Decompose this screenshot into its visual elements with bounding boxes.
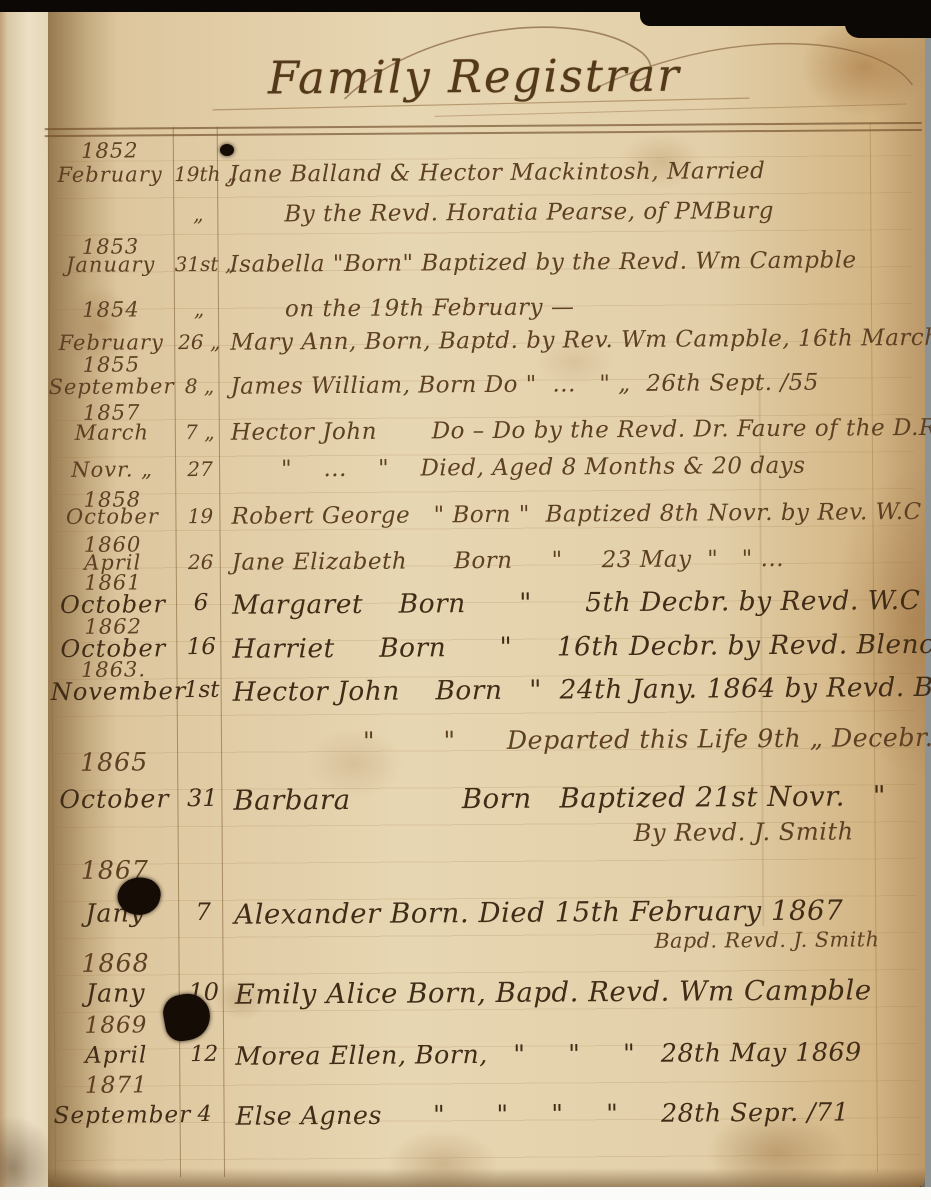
entry-month: Novr. „ bbox=[49, 457, 175, 482]
entry-month: Jany bbox=[52, 898, 178, 928]
entry-text: on the 19th February — bbox=[285, 294, 575, 322]
entry-text: Else Agnes " " " " 28th Sepr. /71 bbox=[236, 1097, 850, 1130]
entry-text: Margaret Born " 5th Decbr. by Revd. W.C bbox=[232, 585, 921, 621]
entry-day: 4 bbox=[181, 1102, 229, 1127]
entry-text: Barbara Born Baptized 21st Novr. " bbox=[233, 779, 886, 817]
entry-month: September bbox=[48, 374, 174, 399]
entry-day: 16 bbox=[177, 634, 225, 660]
entry-day: 19 bbox=[176, 504, 224, 528]
entry-text: Mary Ann, Born, Baptd. by Rev. Wm Campbl… bbox=[230, 325, 931, 356]
entry-text: James William, Born Do " ... " „ 26th Se… bbox=[230, 370, 819, 400]
scanned-register-page: Family Registrar 1852February19th „Jane … bbox=[0, 0, 931, 1200]
page-title: Family Registrar bbox=[194, 48, 754, 105]
entry-year: 1867 bbox=[52, 855, 178, 885]
entry-month: Jany bbox=[53, 978, 179, 1008]
entry-day: 6 bbox=[177, 590, 225, 616]
entry-month: November bbox=[51, 677, 177, 706]
register-page: Family Registrar 1852February19th „Jane … bbox=[48, 8, 925, 1188]
entry-month: March bbox=[49, 420, 175, 445]
entry-text: Bapd. Revd. J. Smith bbox=[654, 927, 879, 953]
scan-background-corner bbox=[845, 0, 931, 38]
entry-text: Robert George " Born " Baptized 8th Novr… bbox=[231, 499, 921, 530]
entry-day: „ bbox=[175, 297, 223, 321]
scan-background-bottom bbox=[0, 1187, 931, 1200]
entry-month: October bbox=[51, 784, 177, 814]
entry-text: Jane Elizabeth Born " 23 May " " ... bbox=[232, 546, 784, 576]
entry-text: Alexander Born. Died 15th February 1867 bbox=[234, 894, 843, 931]
entry-month: April bbox=[53, 1042, 179, 1069]
entry-day: „ bbox=[174, 202, 222, 226]
entry-text: Isabella "Born" Baptized by the Revd. Wm… bbox=[230, 247, 857, 277]
entry-text: Hector John Do – Do by the Revd. Dr. Fau… bbox=[231, 415, 931, 446]
entry-day: 7 „ bbox=[176, 420, 224, 444]
entry-year: 1854 bbox=[48, 297, 174, 322]
ink-blot bbox=[220, 144, 234, 156]
entry-day: 19th „ bbox=[174, 162, 222, 186]
entry-month: January bbox=[48, 252, 174, 277]
entry-text: " ... " Died, Aged 8 Months & 20 days bbox=[281, 453, 806, 483]
entry-year: 1869 bbox=[53, 1012, 179, 1039]
entry-day: 31 bbox=[178, 784, 226, 812]
entry-year: 1868 bbox=[52, 948, 178, 978]
entry-day: 7 bbox=[179, 898, 227, 926]
entry-day: 8 „ bbox=[175, 374, 223, 398]
entry-text: Harriet Born " 16th Decbr. by Revd. Blen… bbox=[232, 629, 931, 665]
entry-month: October bbox=[49, 504, 175, 529]
entry-day: 31st „ bbox=[175, 252, 223, 276]
entry-month: February bbox=[47, 162, 173, 187]
entry-year: 1852 bbox=[47, 138, 173, 163]
entry-text: By the Revd. Horatia Pearse, of PMBurg bbox=[284, 198, 774, 227]
entry-text: Morea Ellen, Born, " " " 28th May 1869 bbox=[235, 1037, 862, 1070]
entry-day: 27 bbox=[176, 457, 224, 481]
entry-day: 1st bbox=[178, 677, 226, 703]
entry-text: Hector John Born " 24th Jany. 1864 by Re… bbox=[233, 671, 931, 708]
entry-year: 1871 bbox=[53, 1072, 179, 1099]
entry-text: Jane Balland & Hector Mackintosh, Marrie… bbox=[229, 158, 765, 188]
entry-text: By Revd. J. Smith bbox=[634, 817, 854, 847]
entry-day: 26 „ bbox=[175, 330, 223, 354]
entry-year: 1865 bbox=[51, 747, 177, 777]
entry-month: September bbox=[54, 1102, 180, 1129]
entry-day: 26 bbox=[177, 550, 225, 574]
entry-text: " " Departed this Life 9th „ Decebr. 186… bbox=[363, 722, 931, 756]
entry-text: Emily Alice Born, Bapd. Revd. Wm Campble bbox=[235, 973, 872, 1010]
entry-day: 12 bbox=[180, 1042, 228, 1067]
